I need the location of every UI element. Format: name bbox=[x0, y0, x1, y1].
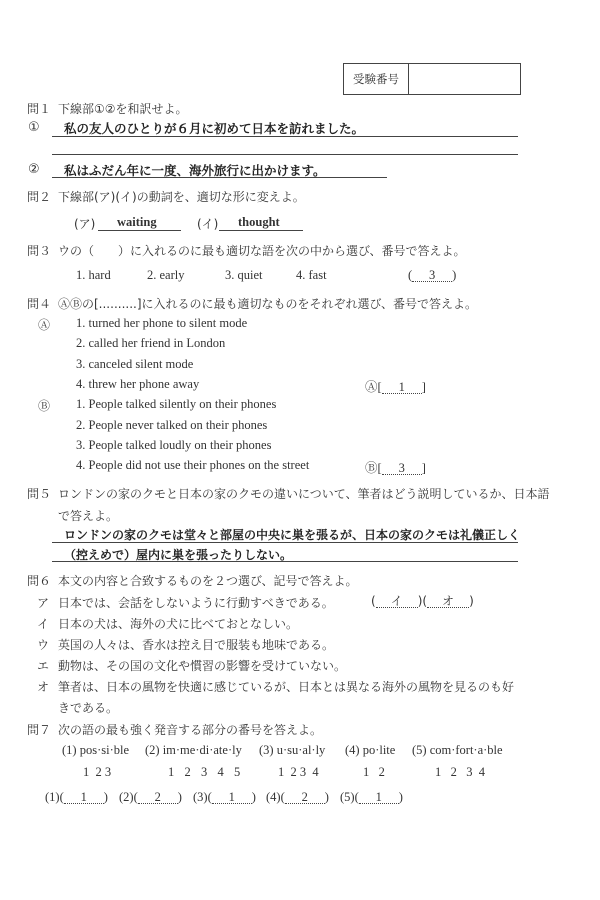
q2-answer-a-underline bbox=[98, 230, 181, 231]
q7-numbers-4: 1 2 bbox=[363, 765, 385, 780]
q2-marker-i: (イ) bbox=[197, 215, 218, 232]
q1-instruction: 下線部①②を和訳せよ。 bbox=[58, 100, 188, 117]
q6-option-o: 筆者は、日本の風物を快適に感じているが、日本とは異なる海外の風物を見るのも好 bbox=[58, 678, 514, 695]
q2-instruction: 下線部(ア)(イ)の動詞を、適切な形に変えよ。 bbox=[58, 188, 305, 205]
q7-numbers-3: 1 2 3 4 bbox=[278, 765, 319, 780]
q3-option-2: 2. early bbox=[147, 268, 184, 283]
q5-answer-line1[interactable]: ロンドンの家のクモは堂々と部屋の中央に巣を張るが、日本の家のクモは礼儀正しく bbox=[64, 526, 520, 543]
q3-instruction: ウの（ ）に入れるのに最も適切な語を次の中から選び、番号で答えよ。 bbox=[58, 242, 466, 259]
q7-answer-1[interactable]: 1 bbox=[64, 791, 104, 804]
q6-marker-a: ア bbox=[37, 594, 49, 611]
q4-a-option-4: 4. threw her phone away bbox=[76, 377, 199, 392]
q7-instruction: 次の語の最も強く発音する部分の番号を答えよ。 bbox=[58, 721, 322, 738]
q1-marker-1: ① bbox=[28, 120, 40, 135]
q7-answer-4[interactable]: 2 bbox=[285, 791, 325, 804]
q4-group-b-marker: Ⓑ bbox=[38, 397, 50, 414]
q6-option-u: 英国の人々は、香水は控え目で服装も地味である。 bbox=[58, 636, 334, 653]
q7-answer-2[interactable]: 2 bbox=[138, 791, 178, 804]
q2-answer-a[interactable]: waiting bbox=[117, 215, 157, 230]
q2-marker-a: (ア) bbox=[74, 215, 95, 232]
q7-numbers-5: 1 2 3 4 bbox=[435, 765, 485, 780]
q7-answer-3-box: (3)(1) bbox=[193, 790, 256, 805]
q6-marker-i: イ bbox=[37, 615, 49, 632]
q6-answer-1[interactable]: イ bbox=[376, 595, 418, 608]
q6-label: 問６ bbox=[27, 572, 51, 589]
q7-answer-4-label: (4) bbox=[266, 790, 281, 804]
q6-marker-u: ウ bbox=[37, 636, 49, 653]
q7-answer-5-box: (5)(1) bbox=[340, 790, 403, 805]
q4-b-option-1: 1. People talked silently on their phone… bbox=[76, 397, 276, 412]
q7-word-1: (1) pos·si·ble bbox=[62, 743, 129, 758]
q3-label: 問３ bbox=[27, 242, 51, 259]
exam-number-label: 受験番号 bbox=[344, 64, 409, 94]
q1-answer-1-underline-2 bbox=[52, 154, 518, 155]
q5-instruction-line1: ロンドンの家のクモと日本の家のクモの違いについて、筆者はどう説明しているか、日本… bbox=[58, 485, 550, 502]
q7-word-3: (3) u·su·al·ly bbox=[259, 743, 325, 758]
q2-label: 問２ bbox=[27, 188, 51, 205]
q7-word-4: (4) po·lite bbox=[345, 743, 395, 758]
q3-option-4: 4. fast bbox=[296, 268, 327, 283]
q7-word-5: (5) com·fort·a·ble bbox=[412, 743, 503, 758]
q3-option-3: 3. quiet bbox=[225, 268, 263, 283]
q7-word-2: (2) im·me·di·ate·ly bbox=[145, 743, 242, 758]
q4-b-option-4: 4. People did not use their phones on th… bbox=[76, 458, 309, 473]
q6-option-i: 日本の犬は、海外の犬に比べておとなしい。 bbox=[58, 615, 298, 632]
q4-group-a-marker: Ⓐ bbox=[38, 316, 50, 333]
q7-answer-5[interactable]: 1 bbox=[359, 791, 399, 804]
q4-b-option-2: 2. People never talked on their phones bbox=[76, 418, 267, 433]
q6-option-a: 日本では、会話をしないように行動すべきである。 bbox=[58, 594, 334, 611]
q4-a-option-1: 1. turned her phone to silent mode bbox=[76, 316, 247, 331]
q4-a-option-3: 3. canceled silent mode bbox=[76, 357, 193, 372]
q5-answer-underline-1 bbox=[52, 542, 518, 543]
q4-b-option-3: 3. People talked loudly on their phones bbox=[76, 438, 271, 453]
q1-label: 問１ bbox=[27, 100, 51, 117]
q4-a-option-2: 2. called her friend in London bbox=[76, 336, 225, 351]
q1-marker-2: ② bbox=[28, 162, 40, 177]
q5-answer-underline-2 bbox=[52, 561, 518, 562]
q4-label: 問４ bbox=[27, 295, 51, 312]
q4-a-answer-box: Ⓐ[1] bbox=[365, 377, 426, 395]
q7-numbers-1: 1 2 3 bbox=[83, 765, 111, 780]
q3-answer-box: (3) bbox=[408, 268, 456, 283]
q3-answer[interactable]: 3 bbox=[412, 269, 452, 282]
q1-answer-2-underline bbox=[52, 177, 387, 178]
q5-label: 問５ bbox=[27, 485, 51, 502]
q4-b-answer-label: Ⓑ bbox=[365, 461, 378, 475]
q7-answer-4-box: (4)(2) bbox=[266, 790, 329, 805]
q4-a-answer-label: Ⓐ bbox=[365, 380, 378, 394]
q7-answer-2-box: (2)(2) bbox=[119, 790, 182, 805]
q6-instruction: 本文の内容と合致するものを２つ選び、記号で答えよ。 bbox=[58, 572, 358, 589]
q6-option-e: 動物は、その国の文化や慣習の影響を受けていない。 bbox=[58, 657, 346, 674]
q1-answer-1[interactable]: 私の友人のひとりが６月に初めて日本を訪れました。 bbox=[64, 119, 364, 137]
exam-number-field[interactable] bbox=[409, 64, 520, 94]
q7-answer-3[interactable]: 1 bbox=[212, 791, 252, 804]
q6-answers: (イ)(オ) bbox=[371, 594, 474, 608]
q4-b-answer[interactable]: 3 bbox=[382, 462, 422, 475]
q2-answer-i-underline bbox=[219, 230, 303, 231]
q4-b-answer-box: Ⓑ[3] bbox=[365, 458, 426, 476]
q4-a-answer[interactable]: 1 bbox=[382, 381, 422, 394]
q3-option-1: 1. hard bbox=[76, 268, 111, 283]
q7-answer-3-label: (3) bbox=[193, 790, 208, 804]
q1-answer-1-underline bbox=[52, 136, 518, 137]
q6-answer-2[interactable]: オ bbox=[427, 595, 469, 608]
q6-option-o-cont: きである。 bbox=[58, 699, 118, 716]
q7-answer-1-label: (1) bbox=[45, 790, 60, 804]
q7-answer-5-label: (5) bbox=[340, 790, 355, 804]
q5-instruction-line2: で答えよ。 bbox=[58, 507, 118, 524]
q7-answer-2-label: (2) bbox=[119, 790, 134, 804]
q4-instruction: ⒶⒷの[..........]に入れるのに最も適切なものをそれぞれ選び、番号で答… bbox=[58, 295, 477, 312]
q7-label: 問７ bbox=[27, 721, 51, 738]
exam-number-box: 受験番号 bbox=[343, 63, 521, 95]
q7-answer-1-box: (1)(1) bbox=[45, 790, 108, 805]
q2-answer-i[interactable]: thought bbox=[238, 215, 280, 230]
q6-marker-o: オ bbox=[37, 678, 49, 695]
q7-numbers-2: 1 2 3 4 5 bbox=[168, 765, 240, 780]
q6-marker-e: エ bbox=[37, 657, 49, 674]
